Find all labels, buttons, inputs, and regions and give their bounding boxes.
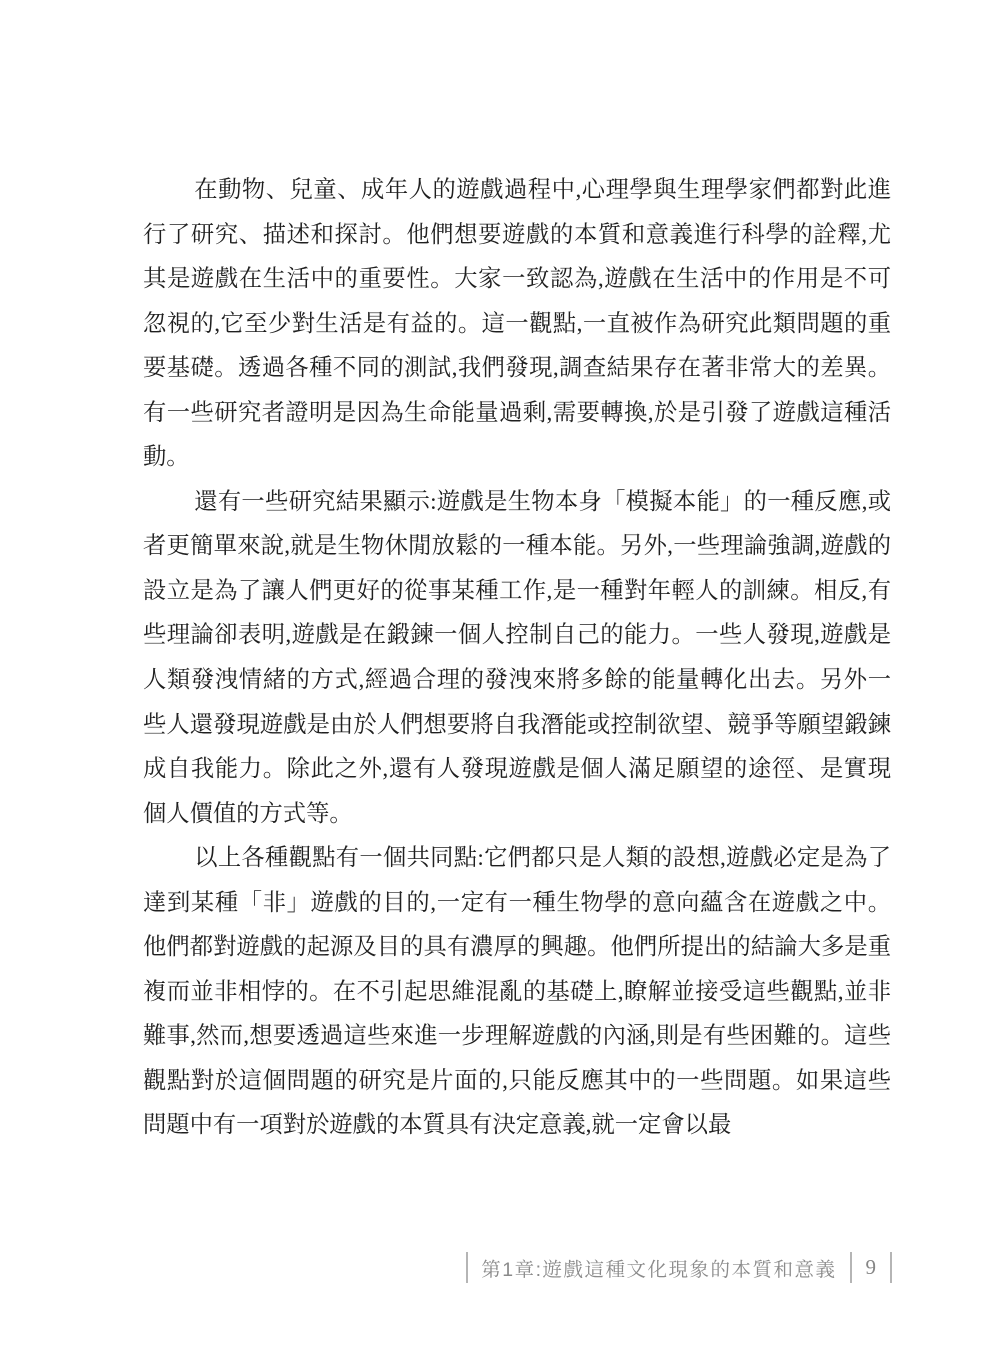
page-footer: 第1章:遊戲這種文化現象的本質和意義 9: [466, 1251, 892, 1284]
footer-page-number: 9: [866, 1255, 877, 1280]
body-text: 在動物、兒童、成年人的遊戲過程中,心理學與生理學家們都對此進行了研究、描述和探討…: [143, 168, 891, 1148]
paragraph-2: 還有一些研究結果顯示:遊戲是生物本身「模擬本能」的一種反應,或者更簡單來說,就是…: [143, 480, 891, 836]
book-page: 在動物、兒童、成年人的遊戲過程中,心理學與生理學家們都對此進行了研究、描述和探討…: [0, 0, 1000, 1353]
footer-divider-left: [466, 1252, 468, 1283]
paragraph-3: 以上各種觀點有一個共同點:它們都只是人類的設想,遊戲必定是為了達到某種「非」遊戲…: [143, 836, 891, 1148]
footer-divider-right: [890, 1252, 892, 1283]
footer-chapter-title: 第1章:遊戲這種文化現象的本質和意義: [481, 1254, 836, 1282]
footer-divider-middle: [850, 1252, 852, 1283]
paragraph-1: 在動物、兒童、成年人的遊戲過程中,心理學與生理學家們都對此進行了研究、描述和探討…: [143, 168, 891, 480]
